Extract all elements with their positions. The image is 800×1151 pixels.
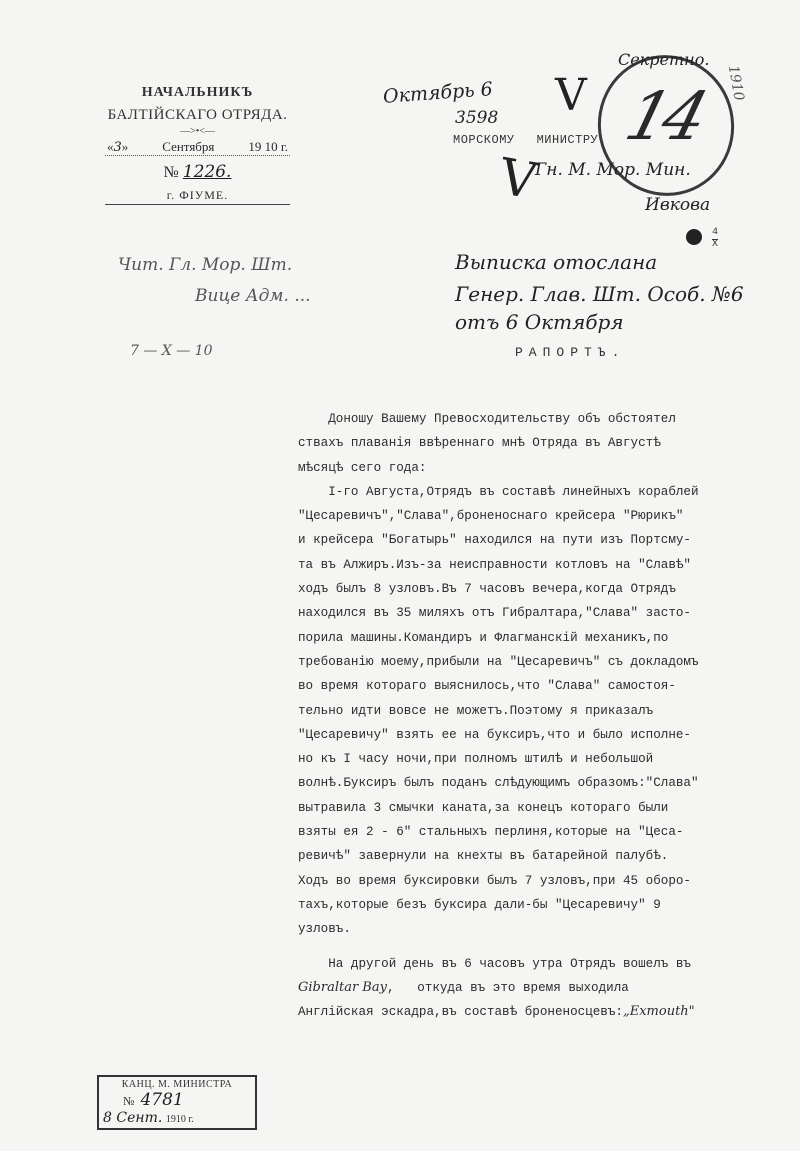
- body-line: вытравила 3 смычки каната,за конецъ кото…: [298, 796, 798, 820]
- body-line: но къ I часу ночи,при полномъ штилѣ и не…: [298, 747, 798, 771]
- letterhead: НАЧАЛЬНИКЪ БАЛТІЙСКАГО ОТРЯДА. —>•<— «3»…: [105, 85, 290, 205]
- ink-blot-icon: [686, 229, 702, 245]
- body-line: порила машины.Командиръ и Флагманскій ме…: [298, 626, 798, 650]
- annotation-left-line2: Вице Адм. ...: [195, 286, 311, 306]
- checkmark-icon: V: [555, 70, 587, 121]
- body-line: тахъ,которые безъ буксира дали-бы "Цесар…: [298, 893, 798, 917]
- letterhead-title: НАЧАЛЬНИКЪ: [105, 85, 290, 101]
- circle-side-note: 1910: [725, 64, 747, 102]
- body-line: та въ Алжиръ.Изъ-за неисправности котлов…: [298, 553, 798, 577]
- body-line: На другой день въ 6 часовъ утра Отрядъ в…: [298, 952, 798, 976]
- body-line: взяты ея 2 - 6" стальныхъ перлиня,которы…: [298, 820, 798, 844]
- body-line: ходъ былъ 8 узловъ.Въ 7 часовъ вечера,ко…: [298, 577, 798, 601]
- body-line: Англійская эскадра,въ составѣ броненосце…: [298, 1000, 798, 1024]
- annotation-left-date: 7 — X — 10: [130, 343, 213, 359]
- letterhead-subtitle: БАЛТІЙСКАГО ОТРЯДА.: [105, 107, 290, 124]
- body-line: ствахъ плаванія ввѣреннаго мнѣ Отряда въ…: [298, 431, 798, 455]
- signature: Ивкова: [645, 195, 710, 215]
- annotation-october: Октябрь 6: [382, 78, 493, 108]
- body-line: требованію моему,прибыли на "Цесаревичъ"…: [298, 650, 798, 674]
- body-line: Доношу Вашему Превосходительству объ обс…: [298, 407, 798, 431]
- body-line: волнѣ.Буксиръ былъ поданъ слѣдующимъ обр…: [298, 771, 798, 795]
- body-line: Gibraltar Bay, откуда въ это время выход…: [298, 976, 798, 1000]
- body-line: I-го Августа,Отрядъ въ составѣ линейныхъ…: [298, 480, 798, 504]
- annotation-extract-line1: Выписка отослана: [455, 250, 657, 274]
- body-line: тельно идти вовсе не можетъ.Поэтому я пр…: [298, 699, 798, 723]
- letterhead-city: г. ФІУМЕ.: [105, 188, 290, 205]
- registry-stamp: КАНЦ. М. МИНИСТРА №4781 8 Сент. 1910 г.: [97, 1075, 257, 1130]
- document-heading: РАПОРТЪ.: [515, 345, 625, 360]
- annotation-registry-number: 3598: [455, 108, 498, 128]
- handwritten-insert: „Exmouth": [623, 1004, 695, 1019]
- body-line: находился въ 35 миляхъ отъ Гибралтара,"С…: [298, 601, 798, 625]
- annotation-extract-line2: Генер. Глав. Шт. Особ. №6: [455, 282, 744, 306]
- body-line: Ходъ во время буксировки былъ 7 узловъ,п…: [298, 869, 798, 893]
- annotation-extract-line3: отъ 6 Октября: [455, 310, 624, 334]
- body-line: "Цесаревичу" взять ее на буксиръ,что и б…: [298, 723, 798, 747]
- body-line: ревичѣ" завернули на кнехты въ батарейно…: [298, 844, 798, 868]
- date-year: 19 10 г.: [248, 139, 288, 155]
- fraction-mark: 4 X: [712, 228, 718, 250]
- body-paragraph-1: Доношу Вашему Превосходительству объ обс…: [298, 407, 798, 942]
- body-line: узловъ.: [298, 917, 798, 941]
- handwritten-insert: Gibraltar Bay: [298, 980, 387, 995]
- date-day: 3: [114, 140, 122, 155]
- date-month: Сентября: [162, 139, 214, 155]
- body-line: во время котораго выяснилось,что "Слава"…: [298, 674, 798, 698]
- body-line: "Цесаревичъ","Слава",броненоснаго крейсе…: [298, 504, 798, 528]
- annotation-minister: Гн. М. Мор. Мин.: [535, 160, 691, 180]
- letterhead-date: «3» Сентября 19 10 г.: [105, 139, 290, 156]
- stamp-date: 8 Сент. 1910 г.: [103, 1110, 251, 1127]
- report-body: Доношу Вашему Превосходительству объ обс…: [298, 407, 798, 1024]
- annotation-left-line1: Чит. Гл. Мор. Шт.: [118, 255, 292, 275]
- secret-mark: Секретно.: [618, 50, 709, 69]
- body-line: и крейсера "Богатырь" находился на пути …: [298, 528, 798, 552]
- body-line: мѣсяцѣ сего года:: [298, 456, 798, 480]
- outgoing-number: 1226.: [183, 162, 232, 182]
- ornament: —>•<—: [105, 126, 290, 137]
- stamp-title: КАНЦ. М. МИНИСТРА: [103, 1079, 251, 1090]
- document-page: НАЧАЛЬНИКЪ БАЛТІЙСКАГО ОТРЯДА. —>•<— «3»…: [0, 0, 800, 1151]
- addressee: МОРСКОМУМИНИСТРУ.: [453, 133, 606, 147]
- letterhead-number: № 1226.: [105, 162, 290, 182]
- stamp-number: №4781: [123, 1090, 251, 1110]
